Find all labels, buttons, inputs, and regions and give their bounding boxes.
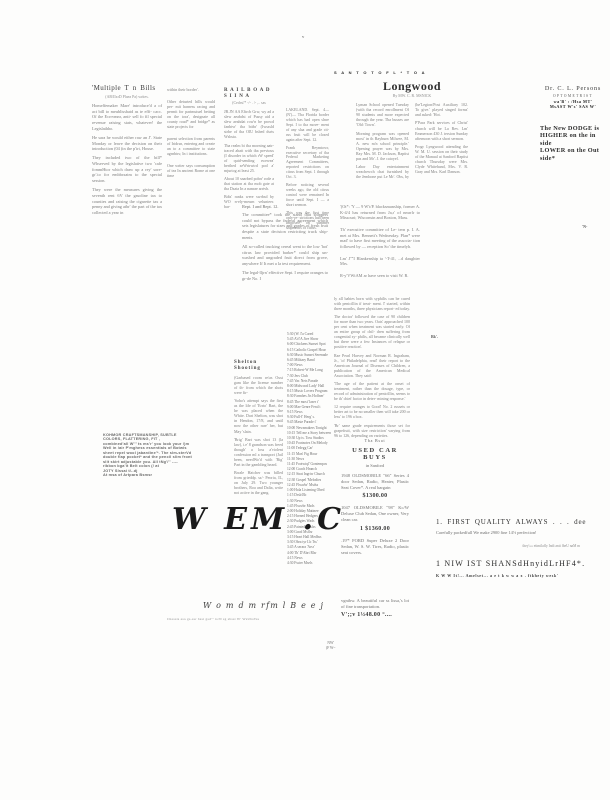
ad-headline: 1. FIRST QUALITY ALWAYS . . . dee <box>436 518 598 526</box>
kohmor-fashion-ad: KOHMOR CRAFTSMANSHIP, SUBTLECOLORS, FLAT… <box>103 433 211 478</box>
ad-line: The New DODGE is <box>540 125 606 132</box>
car-listing-price: $1300.00 <box>341 493 409 499</box>
womens-ad-subline: Chassis asa gs-ssr bsst gsd''' ts/N sg s… <box>167 617 259 621</box>
fold-mark: v <box>302 34 304 39</box>
ad-note: they'»» etimilafly Indi anti fbeU naM m <box>436 544 580 548</box>
doctor-title: OPTOMETRIST <box>544 94 602 98</box>
article-byline: By MW. C. R. MSNICK <box>356 94 468 99</box>
paragraph: JB.JN AA Eftrcb Grw, wy ad a slew aeabds… <box>224 109 274 139</box>
paragraph: '(Ot*: 'Y — 9 W't/P. blacksmanship, form… <box>340 204 420 221</box>
smudge-line: MsAST W's' SAS W' <box>544 104 602 109</box>
dateline: Rept. I and Rept. 12. <box>242 204 328 209</box>
article-headline: 'Multiple T n Bills <box>92 85 162 93</box>
article-byline: (Cedrst'* -/- . /- ,.. sas <box>224 101 274 106</box>
paragraph: Lyman School opened Tuesday (with tba re… <box>356 102 409 127</box>
article-headline: R A I L B O A D S I I N A <box>224 88 274 99</box>
ad-text: KOHMOR CRAFTSMANSHIP, SUBTLECOLORS, FLAT… <box>103 433 211 478</box>
car-listing-price: 1 $1360.00 <box>341 526 409 532</box>
article-body: '(Ot*: 'Y — 9 W't/P. blacksmanship, form… <box>340 204 420 279</box>
ad-line: side* <box>540 155 606 162</box>
paragraph: LAKELAND. Sept. 4—(N')— Tba Florida bord… <box>286 108 329 142</box>
stray-mark-mid: Bk'. <box>431 334 438 339</box>
optometrist-ad: Dr. C. L. Persons OPTOMETRIST wa'B' : /H… <box>544 85 602 110</box>
paragraph: Homeffemaker Mare' introduce'd a of act … <box>92 103 162 131</box>
used-car-ad: Tba Bsat USED CAR BUYS in Sanford 1948 O… <box>341 438 409 624</box>
paragraph: All so-called trucking cereal went to th… <box>242 244 328 267</box>
paragraph: 'Br' same grade requirements those set f… <box>334 423 410 438</box>
newspaper-page-scan: v S A N T O T O F L * T O A 'Multiple T … <box>0 0 610 800</box>
article-body: (Garbased room re/as Oust gam like the l… <box>234 375 283 495</box>
article-body: The committee* took the stand that shipp… <box>242 212 328 282</box>
paragraph: Frank Reymtowr, executive secretary of t… <box>286 146 329 180</box>
ad-closing-text: vgnibw. A beautiful car ss lissa,'s lot … <box>341 598 409 610</box>
page-foot-mark: NW' (F W~ <box>326 641 335 650</box>
ad-line: LOWER on the Out <box>540 147 606 154</box>
article-shelton-shooting: Shelton Shooting (Garbased room re/as Ou… <box>234 360 283 498</box>
car-listing-desc: .19'* FORD Super Deluxe 2 Door Sedan, W.… <box>341 538 409 556</box>
display-lettering: W EM .C <box>172 505 345 535</box>
foot-mark-top: NW' <box>326 641 335 646</box>
ad-smudge-text: wa'B' : /Hsa MT'MsAST W's' SAS W' <box>544 99 602 110</box>
paragraph: 12 require oranges to Good' No. 2 russet… <box>334 404 410 419</box>
paragraph: About 10 snarbed pobrr' rode a that stat… <box>224 176 274 191</box>
ad-subline: Carefully packedfull We make 2900 fine 1… <box>436 530 598 535</box>
ad-headline: USED CAR BUYS <box>341 447 409 461</box>
ad-closing-price: V';;v 1½48.00 °.... <box>341 612 409 618</box>
paragraph: 'Brig' Bart was shot 13 (la law), i.e' 8… <box>234 437 283 467</box>
article-body: Homeffemaker Mare' introduce'd a of act … <box>92 103 162 216</box>
paragraph: He sara he would either raw an J'. State… <box>92 135 162 152</box>
ad-location: in Sanford <box>341 463 409 468</box>
womens-ad-title: W o m d m rfm l B e e j <box>203 601 324 610</box>
paragraph: 'Soho's attempt says the first as the li… <box>234 398 283 433</box>
paragraph: Brrale Hatcher was billed from grieddp. … <box>234 470 283 495</box>
paragraph: within their border'. <box>167 87 215 92</box>
paragraph: (Garbased room re/as Oust gam like the l… <box>234 375 283 395</box>
article-committee: Rept. I and Rept. 12. The committee* too… <box>242 204 328 285</box>
paragraph: Other deturted hills would per- mit harn… <box>167 99 215 129</box>
article-headline: Longwood <box>356 80 468 92</box>
article-body: JB.JN AA Eftrcb Grw, wy ad a slew aeabds… <box>224 109 274 209</box>
paragraph: One writer says consumption of tea In an… <box>167 163 215 178</box>
ad-text: The New DODGE isHIGHER on the insideLOWE… <box>540 125 606 162</box>
ad-line: At msa of Artpara Bsmsr <box>103 473 211 477</box>
ad-line: side <box>540 140 606 147</box>
ad-line3: K W W It!... Amelset... a e t k w w a x … <box>436 573 598 578</box>
article-society-notes: '(Ot*: 'Y — 9 W't/P. blacksmanship, form… <box>340 204 420 285</box>
article-border-column: within their border'.Other deturted hill… <box>167 87 215 185</box>
paragraph: They were the measures giving the sevent… <box>92 187 162 215</box>
paragraph: The committee* took the stand that shipp… <box>242 212 328 240</box>
paragraph: Rae Pearl Harvey and Norman R. Ingraham,… <box>334 353 410 378</box>
paragraph: They included two of the bill* Whserved … <box>92 155 162 183</box>
paragraph: Progr Lyngwood attending the W. M. U. se… <box>415 144 468 174</box>
paragraph: Tba realm bi tba morning aatr- traced ab… <box>224 143 274 173</box>
paragraph: The legal-lljrn' effective Sept. I requi… <box>242 270 328 281</box>
paragraph: ly all babies born with syphilis can be … <box>334 296 410 311</box>
quality-ad: 1. FIRST QUALITY ALWAYS . . . dee Carefu… <box>436 518 598 578</box>
article-body: ly all babies born with syphilis can be … <box>334 296 410 438</box>
paragraph: The doctor' followed the case of 90 chil… <box>334 314 410 349</box>
article-penicillin-report: ly all babies born with syphilis can be … <box>334 296 410 441</box>
article-body: Lyman School opened Tuesday (with tba re… <box>356 102 468 179</box>
schedule-line: 4:30 Fsster Msels <box>287 561 341 566</box>
article-headline: Shelton Shooting <box>234 360 283 371</box>
foot-mark-bottom: (F W~ <box>326 646 335 651</box>
paragraph: 'The age of the patient at the onset of … <box>334 381 410 401</box>
paragraph: Morning program was opened most' in th R… <box>356 131 409 161</box>
article-multiple-tax-bills: 'Multiple T n Bills (AB/IIxrD Plaea Pa) … <box>92 85 162 219</box>
paragraph: Lm' J''''I Blankenship ta '-T-41, ...d d… <box>340 256 420 267</box>
ad-kicker: Tba Bsat <box>341 438 409 443</box>
stray-mark-right-margin: 'N- <box>582 224 587 229</box>
paragraph: P'Para Park services of Christ' church w… <box>415 120 468 140</box>
masthead: S A N T O T O F L * T O A <box>334 70 426 75</box>
doctor-name: Dr. C. L. Persons <box>544 85 602 92</box>
column-gap <box>341 558 409 598</box>
dodge-ad: The New DODGE isHIGHER on the insideLOWE… <box>540 125 606 162</box>
article-byline: (AB/IIxrD Plaea Pa) writes. <box>92 95 162 100</box>
ad-line2: 1 NIW IST SHANSdHnyidLrHF4*. <box>436 559 598 568</box>
article-longwood: Longwood By MW. C. R. MSNICK Lyman Schoo… <box>356 80 468 179</box>
ad-line: HIGHER on the in <box>540 132 606 139</box>
paragraph: parent selection from parents of Iridrsn… <box>167 136 215 156</box>
car-listing-desc: 1047 OLDSMOBILE "98" Kc/W Deluxe Club Se… <box>341 505 409 523</box>
paragraph: Th' executive committee of Le- tern p. I… <box>340 227 420 250</box>
paragraph: R-y'VWtAM ar have seen to visit W. R. <box>340 273 420 279</box>
article-railroad: R A I L B O A D S I I N A (Cedrst'* -/- … <box>224 88 274 213</box>
car-listing-desc: 1948 OLDSMOBILE "66" Series 4 door Sedan… <box>341 473 409 491</box>
article-body: within their border'.Other deturted hill… <box>167 87 215 178</box>
